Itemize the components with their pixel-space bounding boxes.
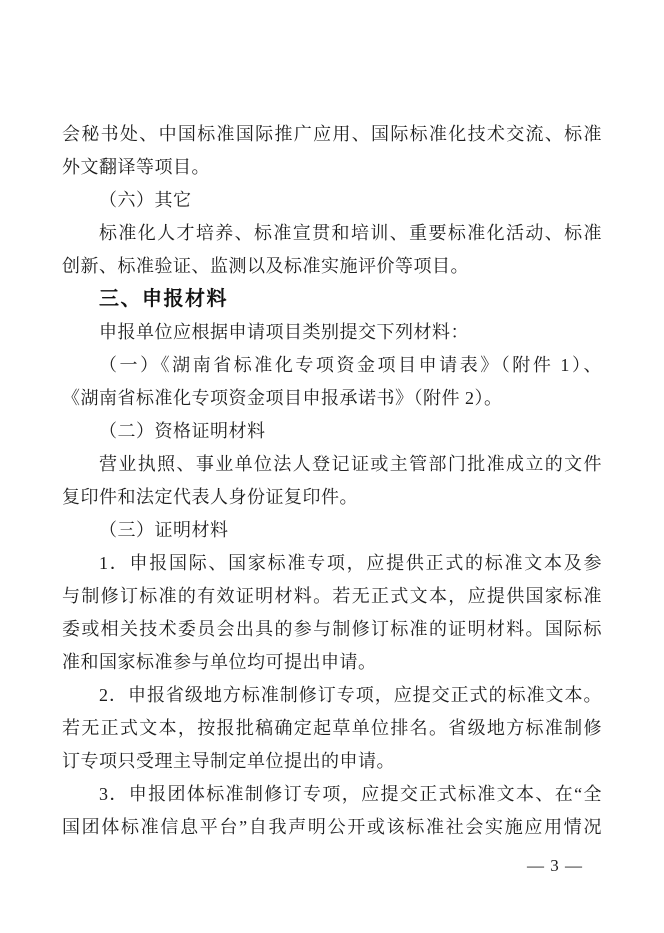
text-line: （六）其它 — [62, 184, 602, 217]
text-line: 委或相关技术委员会出具的参与制修订标准的证明材料。国际标 — [62, 613, 602, 646]
text-line: （三）证明材料 — [62, 514, 602, 547]
text-line: 订专项只受理主导制定单位提出的申请。 — [62, 745, 602, 778]
text-line: 复印件和法定代表人身份证复印件。 — [62, 481, 602, 514]
text-line: 3．申报团体标准制修订专项，应提交正式标准文本、在“全 — [62, 778, 602, 811]
text-line: 三、申报材料 — [62, 283, 602, 316]
text-line: 若无正式文本，按报批稿确定起草单位排名。省级地方标准制修 — [62, 712, 602, 745]
text-line: 会秘书处、中国标准国际推广应用、国际标准化技术交流、标准 — [62, 118, 602, 151]
text-line: 营业执照、事业单位法人登记证或主管部门批准成立的文件 — [62, 448, 602, 481]
text-line: 创新、标准验证、监测以及标准实施评价等项目。 — [62, 250, 602, 283]
text-line: （二）资格证明材料 — [62, 415, 602, 448]
text-line: 外文翻译等项目。 — [62, 151, 602, 184]
text-line: 《湖南省标准化专项资金项目申报承诺书》（附件 2）。 — [62, 382, 602, 415]
text-line: 标准化人才培养、标准宣贯和培训、重要标准化活动、标准 — [62, 217, 602, 250]
text-line: 准和国家标准参与单位均可提出申请。 — [62, 646, 602, 679]
document-body: 会秘书处、中国标准国际推广应用、国际标准化技术交流、标准外文翻译等项目。（六）其… — [62, 118, 602, 844]
text-line: 国团体标准信息平台”自我声明公开或该标准社会实施应用情况 — [62, 811, 602, 844]
text-line: 1．申报国际、国家标准专项，应提供正式的标准文本及参 — [62, 547, 602, 580]
document-page: 会秘书处、中国标准国际推广应用、国际标准化技术交流、标准外文翻译等项目。（六）其… — [0, 0, 664, 933]
page-number: — 3 — — [527, 856, 583, 876]
text-line: 与制修订标准的有效证明材料。若无正式文本，应提供国家标准 — [62, 580, 602, 613]
text-line: （一）《湖南省标准化专项资金项目申请表》（附件 1）、 — [62, 349, 602, 382]
text-line: 2．申报省级地方标准制修订专项，应提交正式的标准文本。 — [62, 679, 602, 712]
text-line: 申报单位应根据申请项目类别提交下列材料： — [62, 316, 602, 349]
